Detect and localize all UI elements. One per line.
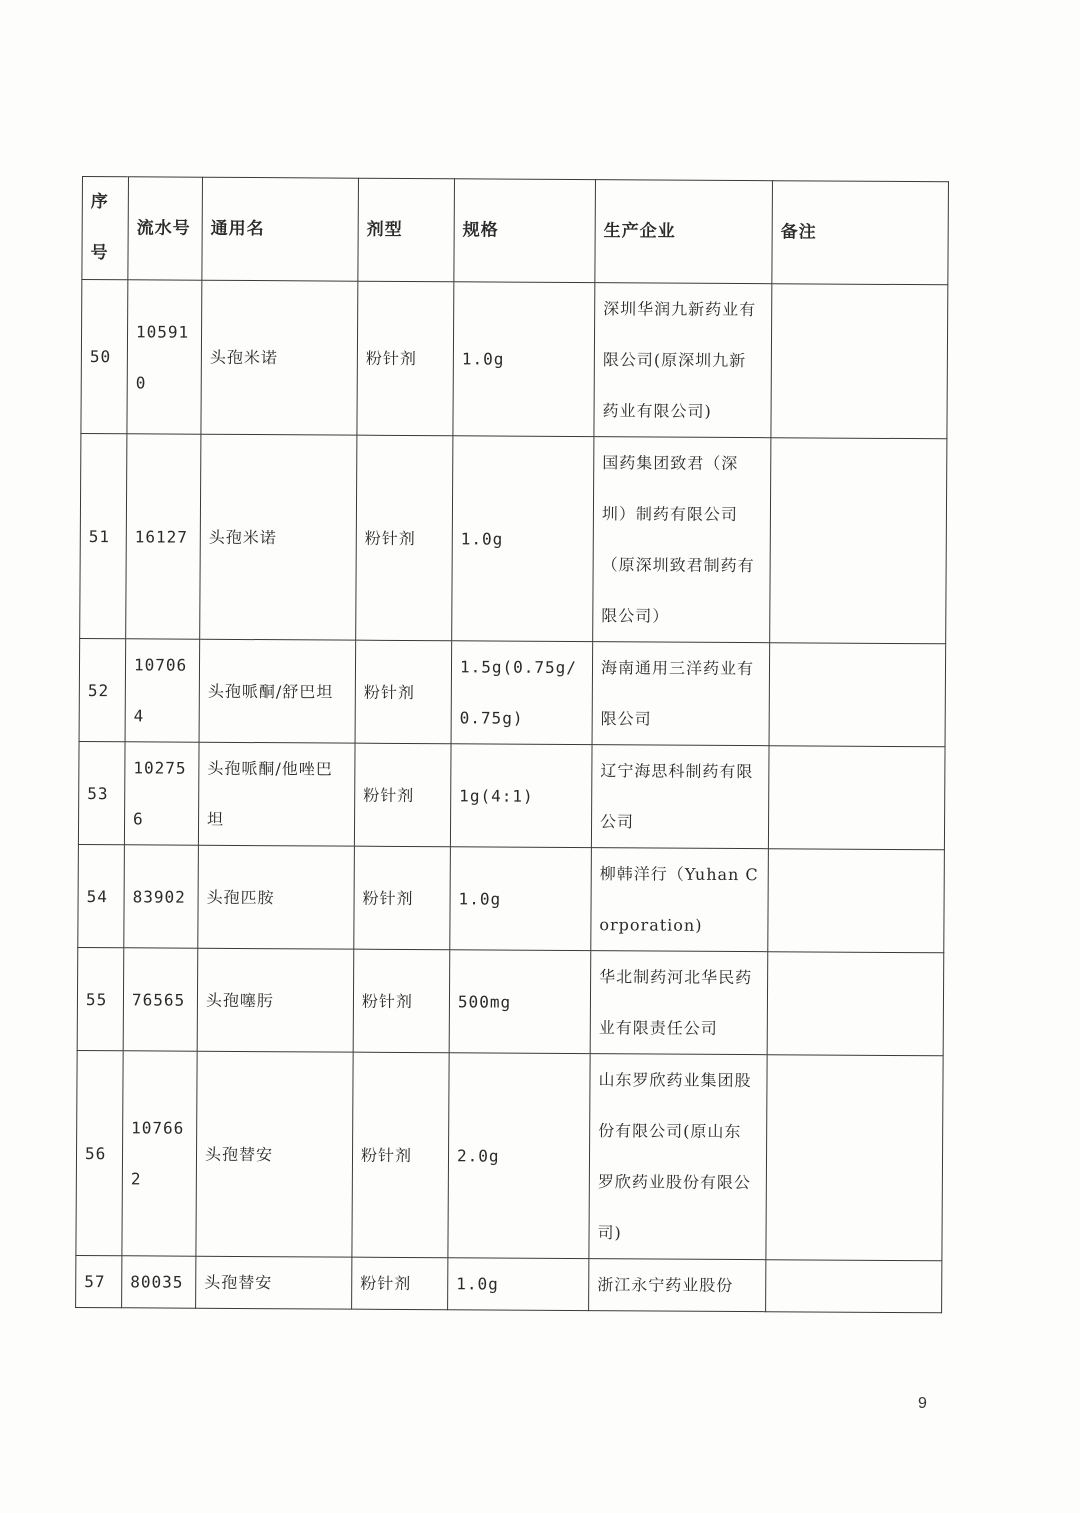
drug-list-table: 序号 流水号 通用名 剂型 规格 生产企业 备注 50 105910 头孢米诺 …	[75, 176, 949, 1313]
cell-generic-name: 头孢替安	[196, 1051, 353, 1257]
cell-spec: 1.0g	[450, 847, 592, 951]
cell-seq: 54	[78, 844, 125, 947]
cell-seq: 57	[76, 1255, 122, 1307]
document-page: 序号 流水号 通用名 剂型 规格 生产企业 备注 50 105910 头孢米诺 …	[0, 0, 1080, 1513]
cell-dosage-form: 粉针剂	[354, 743, 451, 847]
cell-serial: 107064	[125, 639, 200, 742]
table-row: 54 83902 头孢匹胺 粉针剂 1.0g 柳韩洋行（Yuhan Corpor…	[78, 844, 945, 952]
cell-spec: 2.0g	[448, 1053, 590, 1259]
cell-spec: 500mg	[449, 950, 591, 1054]
cell-manufacturer: 华北制药河北华民药业有限责任公司	[590, 951, 768, 1055]
header-seq: 序号	[82, 177, 129, 280]
cell-manufacturer: 山东罗欣药业集团股份有限公司(原山东罗欣药业股份有限公司)	[589, 1054, 767, 1260]
cell-remarks	[768, 849, 945, 953]
cell-dosage-form: 粉针剂	[352, 1052, 449, 1258]
cell-dosage-form: 粉针剂	[356, 435, 453, 641]
cell-seq: 50	[81, 280, 128, 434]
cell-remarks	[766, 1260, 942, 1313]
cell-serial: 16127	[126, 434, 201, 639]
cell-generic-name: 头孢哌酮/舒巴坦	[199, 639, 356, 743]
cell-remarks	[768, 746, 945, 850]
header-spec: 规格	[454, 179, 596, 283]
cell-generic-name: 头孢米诺	[201, 280, 358, 435]
cell-seq: 52	[79, 638, 126, 741]
cell-generic-name: 头孢米诺	[200, 434, 357, 640]
cell-dosage-form: 粉针剂	[352, 1257, 448, 1310]
table-row: 55 76565 头孢噻肟 粉针剂 500mg 华北制药河北华民药业有限责任公司	[77, 947, 944, 1055]
cell-manufacturer: 深圳华润九新药业有限公司(原深圳九新药业有限公司)	[594, 283, 772, 438]
cell-serial: 80035	[122, 1256, 196, 1308]
cell-dosage-form: 粉针剂	[357, 281, 454, 436]
header-remarks: 备注	[772, 181, 949, 285]
cell-generic-name: 头孢哌酮/他唑巴坦	[198, 742, 355, 846]
cell-serial: 76565	[123, 948, 198, 1051]
table-row: 50 105910 头孢米诺 粉针剂 1.0g 深圳华润九新药业有限公司(原深圳…	[81, 280, 948, 439]
cell-manufacturer: 海南通用三洋药业有限公司	[592, 642, 770, 746]
table-row: 51 16127 头孢米诺 粉针剂 1.0g 国药集团致君（深圳）制药有限公司（…	[80, 433, 947, 643]
cell-serial: 107662	[122, 1051, 197, 1256]
cell-generic-name: 头孢匹胺	[198, 845, 355, 949]
cell-dosage-form: 粉针剂	[355, 640, 452, 744]
cell-seq: 53	[78, 741, 125, 844]
cell-serial: 83902	[124, 845, 199, 948]
cell-spec: 1.0g	[453, 282, 595, 437]
header-dosage-form: 剂型	[358, 178, 455, 282]
cell-remarks	[770, 438, 947, 644]
cell-remarks	[769, 643, 946, 747]
page-number: 9	[918, 1395, 927, 1413]
cell-spec: 1.0g	[452, 436, 594, 642]
cell-manufacturer: 辽宁海思科制药有限公司	[591, 745, 769, 849]
table-header-row: 序号 流水号 通用名 剂型 规格 生产企业 备注	[82, 177, 949, 285]
header-manufacturer: 生产企业	[595, 180, 773, 284]
table-row: 53 102756 头孢哌酮/他唑巴坦 粉针剂 1g(4:1) 辽宁海思科制药有…	[78, 741, 945, 849]
cell-generic-name: 头孢噻肟	[197, 948, 354, 1052]
cell-manufacturer: 柳韩洋行（Yuhan Corporation)	[591, 848, 769, 952]
cell-remarks	[767, 952, 944, 1056]
table-row: 57 80035 头孢替安 粉针剂 1.0g 浙江永宁药业股份	[76, 1255, 942, 1312]
cell-generic-name: 头孢替安	[196, 1256, 352, 1309]
cell-spec: 1.0g	[448, 1258, 589, 1311]
cell-spec: 1.5g(0.75g/0.75g)	[451, 641, 593, 745]
cell-manufacturer: 浙江永宁药业股份	[589, 1259, 766, 1312]
cell-serial: 102756	[124, 742, 199, 845]
header-serial: 流水号	[128, 177, 203, 280]
table-row: 56 107662 头孢替安 粉针剂 2.0g 山东罗欣药业集团股份有限公司(原…	[76, 1050, 943, 1260]
cell-remarks	[766, 1055, 943, 1261]
table-row: 52 107064 头孢哌酮/舒巴坦 粉针剂 1.5g(0.75g/0.75g)…	[79, 638, 946, 746]
cell-remarks	[771, 284, 948, 439]
cell-manufacturer: 国药集团致君（深圳）制药有限公司（原深圳致君制药有限公司）	[593, 437, 771, 643]
cell-seq: 56	[76, 1050, 123, 1255]
cell-dosage-form: 粉针剂	[354, 846, 451, 950]
cell-seq: 51	[80, 433, 127, 638]
cell-dosage-form: 粉针剂	[353, 949, 450, 1053]
cell-seq: 55	[77, 947, 124, 1050]
header-generic-name: 通用名	[202, 177, 359, 281]
cell-spec: 1g(4:1)	[450, 744, 592, 848]
cell-serial: 105910	[127, 280, 202, 434]
